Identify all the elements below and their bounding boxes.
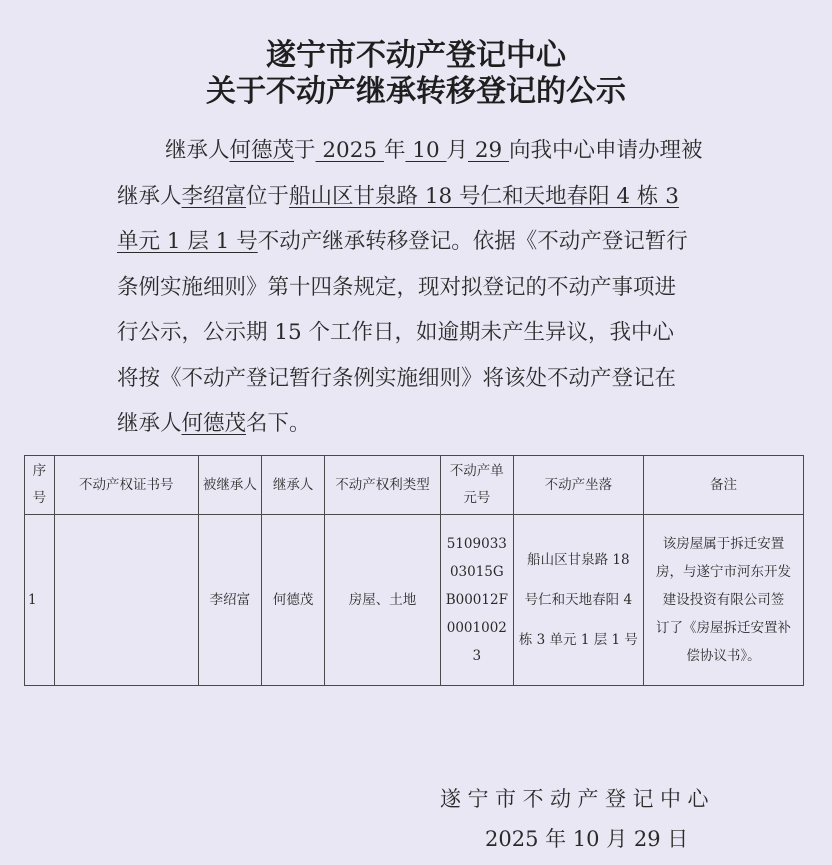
text: 5109033 [444, 530, 510, 558]
text: 房，与遂宁市河东开发 [647, 558, 800, 586]
table-row: 1 李绍富 何德茂 房屋、土地 5109033 03015G B00012F 0… [25, 515, 804, 686]
cell-heir: 何德茂 [261, 515, 324, 686]
text: 继承人 [117, 184, 182, 209]
text: 偿协议书》。 [647, 642, 800, 670]
text: 号仁和天地春阳 4 [517, 580, 640, 620]
text: 3 [444, 642, 510, 670]
text: 该房屋属于拆迁安置 [647, 530, 800, 558]
heir-name: 何德茂 [230, 138, 295, 163]
header-decedent: 被继承人 [198, 456, 261, 515]
cell-right-type: 房屋、土地 [325, 515, 441, 686]
text: 不动产单 [444, 458, 510, 485]
text: 序 [28, 458, 51, 485]
header-seq: 序号 [25, 456, 55, 515]
property-table: 序号 不动产权证书号 被继承人 继承人 不动产权利类型 不动产单元号 不动产坐落… [24, 455, 804, 686]
text: 船山区甘泉路 18 [517, 540, 640, 580]
cell-unit-no: 5109033 03015G B00012F 0001002 3 [440, 515, 513, 686]
body-line-6: 将按《不动产登记暂行条例实施细则》将该处不动产登记在 [117, 356, 717, 402]
body-line-1: 继承人何德茂于 2025 年 10 月 29 向我中心申请办理被 [117, 128, 717, 174]
text: 0001002 [444, 614, 510, 642]
cell-seq: 1 [25, 515, 55, 686]
text: 月 [446, 138, 468, 163]
table-header-row: 序号 不动产权证书号 被继承人 继承人 不动产权利类型 不动产单元号 不动产坐落… [25, 456, 804, 515]
text: 不动产继承转移登记。依据《不动产登记暂行 [258, 229, 688, 254]
text: B00012F [444, 586, 510, 614]
text: 于 [294, 138, 316, 163]
text: 继承人 [117, 411, 182, 436]
body-line-2: 继承人李绍富位于船山区甘泉路 18 号仁和天地春阳 4 栋 3 [117, 174, 717, 220]
property-address-part2: 单元 1 层 1 号 [117, 229, 258, 254]
header-remarks: 备注 [643, 456, 803, 515]
header-right-type: 不动产权利类型 [325, 456, 441, 515]
cell-location: 船山区甘泉路 18 号仁和天地春阳 4 栋 3 单元 1 层 1 号 [513, 515, 643, 686]
text: 名下。 [246, 411, 311, 436]
body-line-4: 条例实施细则》第十四条规定，现对拟登记的不动产事项进 [117, 265, 717, 311]
header-location: 不动产坐落 [513, 456, 643, 515]
title-line-2: 关于不动产继承转移登记的公示 [0, 66, 832, 110]
notice-body: 继承人何德茂于 2025 年 10 月 29 向我中心申请办理被 继承人李绍富位… [117, 128, 717, 447]
text: 栋 3 单元 1 层 1 号 [517, 620, 640, 660]
heir-name: 何德茂 [182, 411, 247, 436]
text: 位于 [246, 184, 289, 209]
issuing-organization: 遂宁市不动产登记中心 [440, 783, 715, 813]
body-line-5: 行公示，公示期 15 个工作日，如逾期未产生异议，我中心 [117, 310, 717, 356]
header-cert-no: 不动产权证书号 [54, 456, 198, 515]
apply-year: 2025 [316, 138, 384, 163]
text: 向我中心申请办理被 [509, 138, 703, 163]
body-line-3: 单元 1 层 1 号不动产继承转移登记。依据《不动产登记暂行 [117, 219, 717, 265]
text: 元号 [444, 485, 510, 512]
text: 建设投资有限公司签 [647, 586, 800, 614]
cell-cert-no [54, 515, 198, 686]
text: 号 [28, 485, 51, 512]
header-heir: 继承人 [261, 456, 324, 515]
text: 年 [384, 138, 406, 163]
text: 订了《房屋拆迁安置补 [647, 614, 800, 642]
cell-decedent: 李绍富 [198, 515, 261, 686]
decedent-name: 李绍富 [182, 184, 247, 209]
body-line-7: 继承人何德茂名下。 [117, 401, 717, 447]
apply-day: 29 [468, 138, 509, 163]
header-unit-no: 不动产单元号 [440, 456, 513, 515]
property-address-part1: 船山区甘泉路 18 号仁和天地春阳 4 栋 3 [289, 184, 679, 209]
text: 03015G [444, 558, 510, 586]
issue-date: 2025 年 10 月 29 日 [485, 823, 688, 853]
cell-remarks: 该房屋属于拆迁安置 房，与遂宁市河东开发 建设投资有限公司签 订了《房屋拆迁安置… [643, 515, 803, 686]
apply-month: 10 [405, 138, 446, 163]
text: 继承人 [165, 138, 230, 163]
